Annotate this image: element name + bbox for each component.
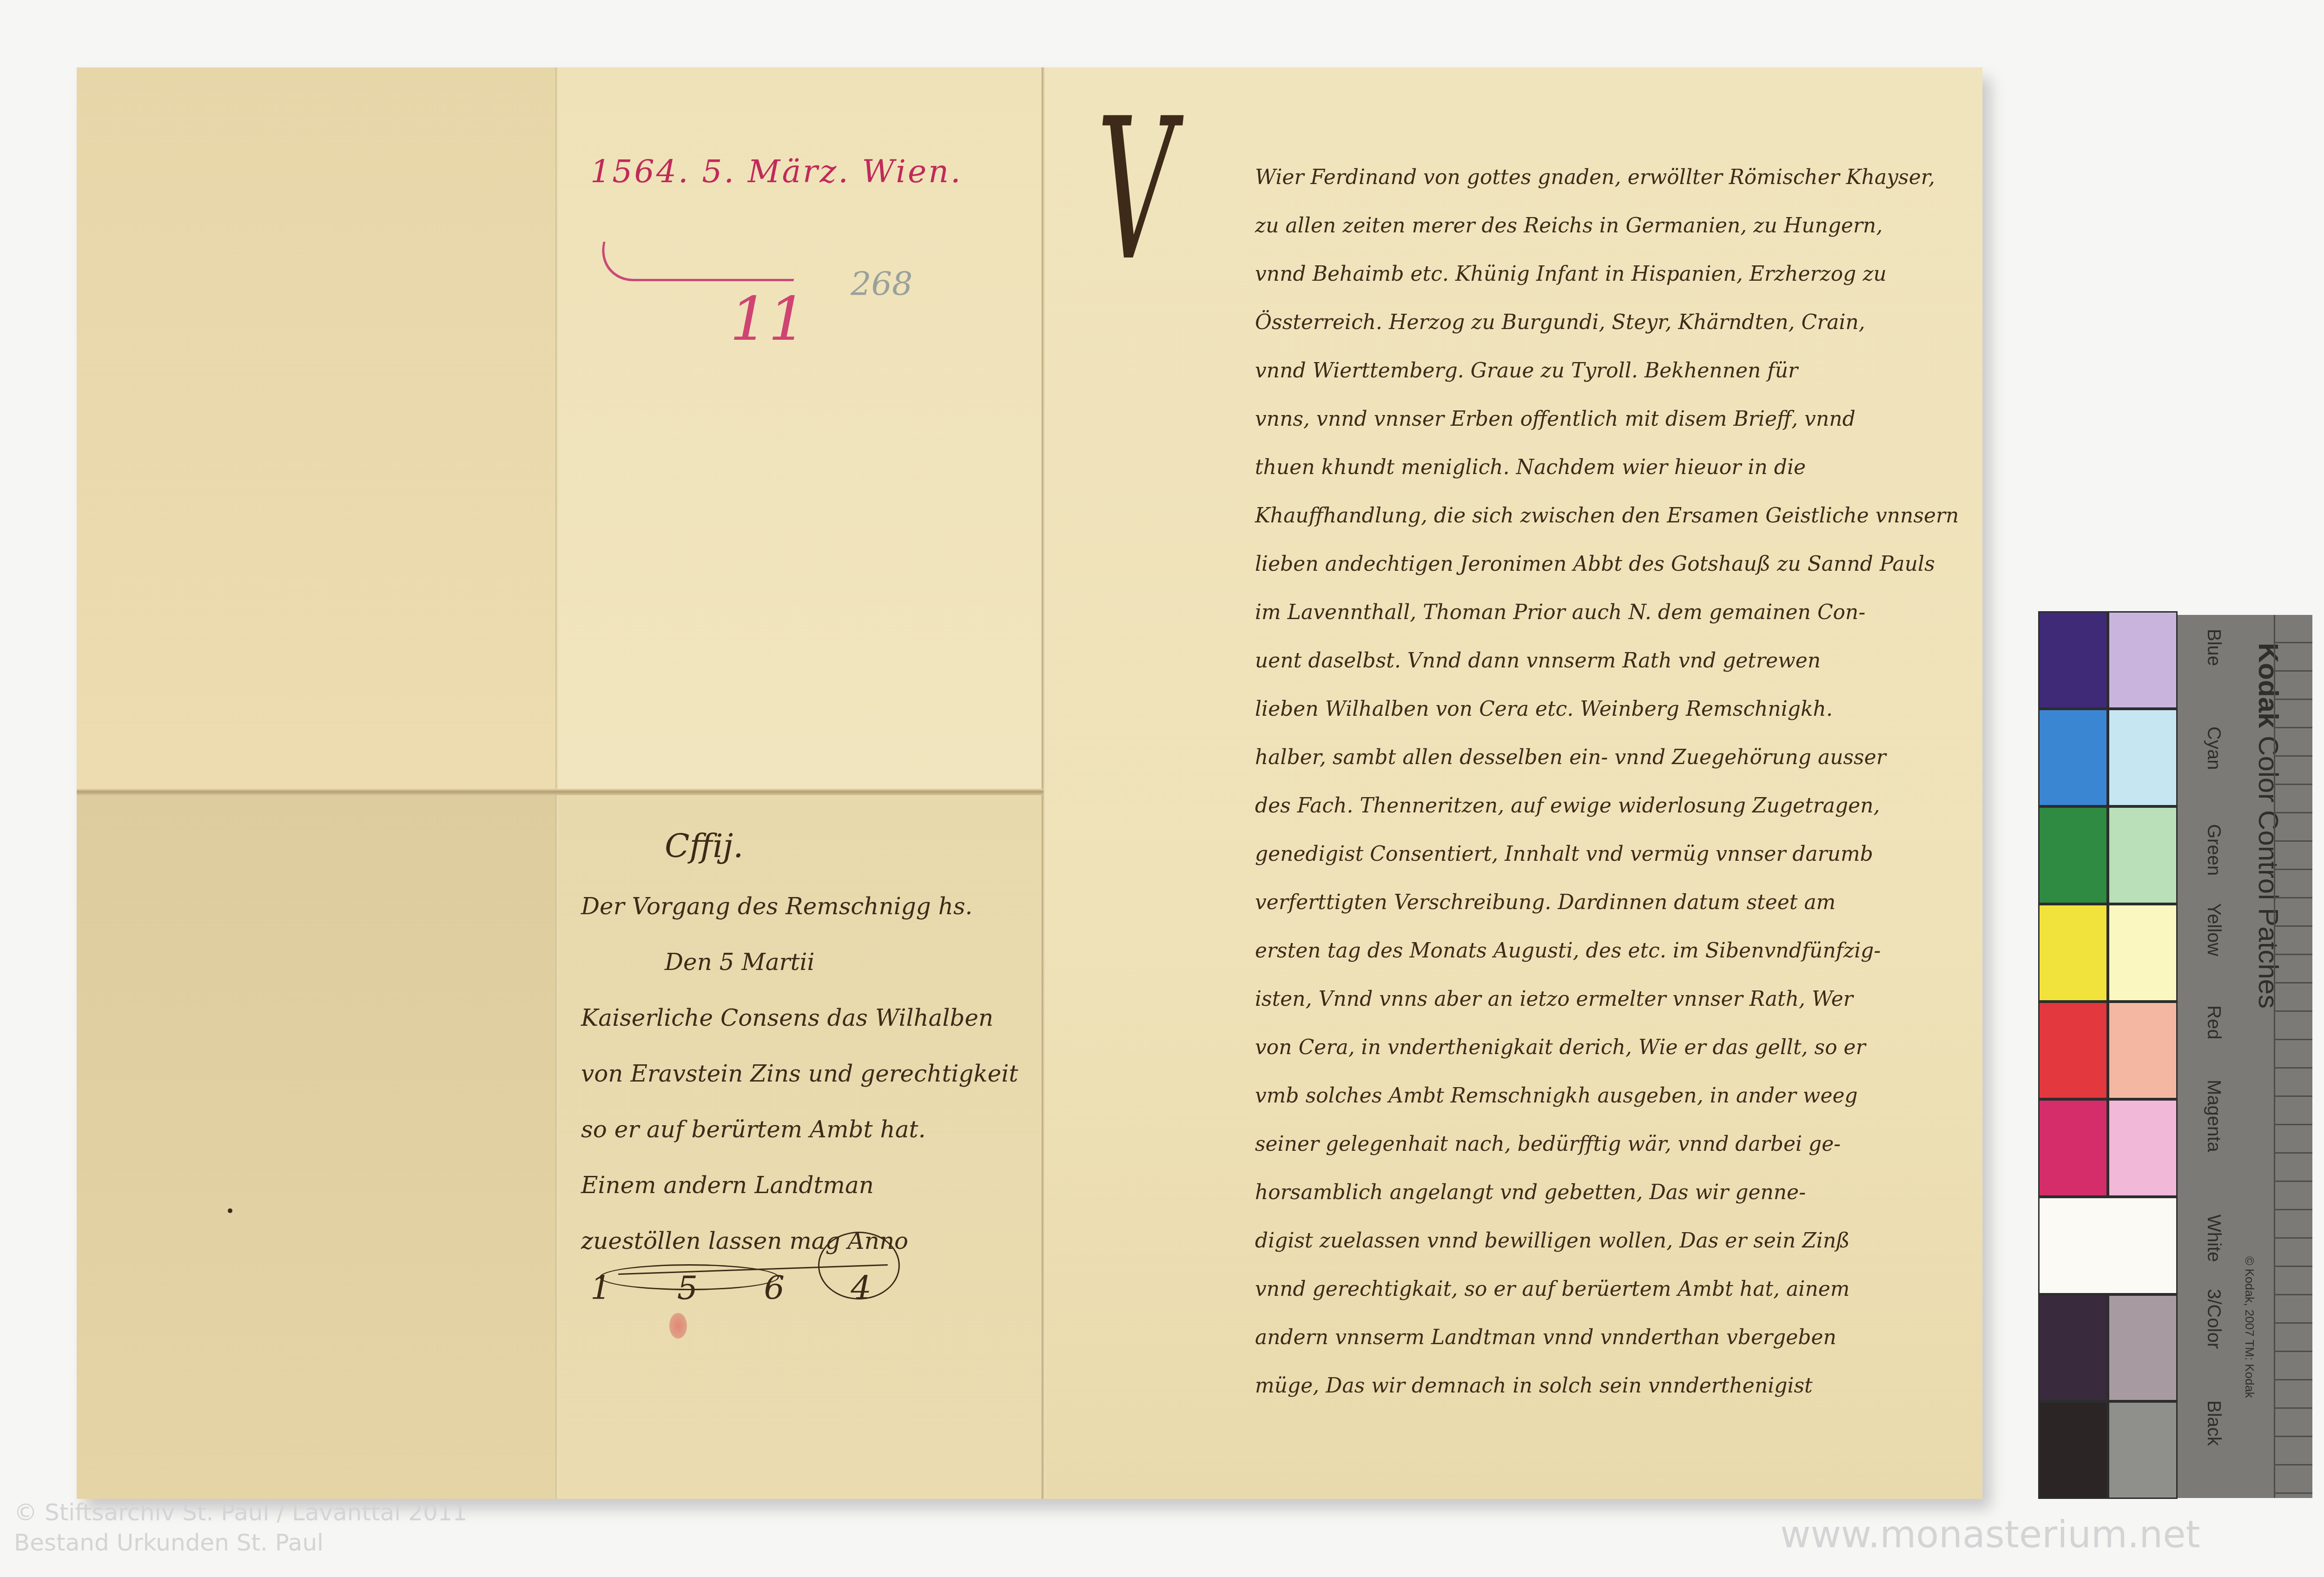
paper-panel-bottom-left [77,792,555,1499]
archival-number-note: 11 [730,284,806,354]
text-line: horsamblich angelangt vnd gebetten, Das … [1255,1168,1971,1217]
dorsal-line: Einem andern Landtman [581,1157,1023,1213]
kodak-copyright: © Kodak, 2007 TM: Kodak [2242,1256,2257,1398]
pencil-gray-number: 268 [851,265,913,303]
text-line: isten, Vnnd vnns aber an ietzo ermelter … [1255,975,1971,1023]
patch-label-black: Black [2203,1400,2224,1446]
text-line: lieben Wilhalben von Cera etc. Weinberg … [1255,685,1971,733]
text-line: verferttigten Verschreibung. Dardinnen d… [1255,878,1971,927]
red-wax-seal-trace [669,1313,687,1339]
text-line: vnns, vnnd vnnser Erben offentlich mit d… [1255,395,1971,443]
vertical-fold-line-2 [1042,67,1045,1499]
website-watermark: www.monasterium.net [1780,1513,2200,1556]
dorsal-line: so er auf berürtem Ambt hat. [581,1102,1023,1157]
charter-main-text: Wier Ferdinand von gottes gnaden, erwöll… [1255,153,1971,1410]
dorsal-line: Der Vorgang des Remschnigg hs. [581,878,1023,934]
decorative-initial: V [1097,93,1175,288]
text-line: vnnd gerechtigkait, so er auf berüertem … [1255,1265,1971,1313]
signature-left-loop [600,1264,779,1290]
date-note-underline [596,242,801,281]
patch-3color-light [2108,1294,2178,1401]
signature-right-loop [818,1232,900,1300]
patch-black-dark [2038,1401,2108,1499]
vertical-fold-line-1 [555,67,558,1499]
patch-label-yellow: Yellow [2203,903,2224,956]
horizontal-fold-line [77,789,1043,795]
text-line: uent daselbst. Vnnd dann vnnserm Rath vn… [1255,637,1971,685]
text-line: Össterreich. Herzog zu Burgundi, Steyr, … [1255,298,1971,347]
patch-cyan-light [2108,709,2178,806]
text-line: genedigist Consentiert, Innhalt vnd verm… [1255,830,1971,878]
text-line: von Cera, in vnderthenigkait derich, Wie… [1255,1023,1971,1072]
chart-label-strip: Kodak Color Control Patches Blue Cyan Gr… [2178,615,2312,1498]
text-line: zu allen zeiten merer des Reichs in Germ… [1255,202,1971,250]
dorsal-line: Kaiserliche Consens das Wilhalben [581,990,1023,1046]
patch-magenta-light [2108,1099,2178,1197]
color-patches [2038,611,2178,1499]
patch-blue-light [2108,611,2178,709]
text-line: vnnd Wierttemberg. Graue zu Tyroll. Bekh… [1255,347,1971,395]
patch-label-3color: 3/Color [2203,1289,2224,1349]
patch-label-cyan: Cyan [2203,726,2224,770]
patch-label-green: Green [2203,824,2224,876]
signature-flourish [600,1218,897,1301]
patch-label-white: White [2203,1214,2224,1262]
text-line: Khauffhandlung, die sich zwischen den Er… [1255,492,1971,540]
dorsal-line: Den 5 Martii [581,934,1023,990]
patch-yellow-light [2108,904,2178,1002]
patch-white [2038,1197,2178,1294]
dorsal-heading: Cffij. [581,813,1023,878]
patch-yellow-dark [2038,904,2108,1002]
text-line: andern vnnserm Landtman vnnd vnnderthan … [1255,1313,1971,1362]
patch-black-light [2108,1401,2178,1499]
text-line: digist zuelassen vnnd bewilligen wollen,… [1255,1217,1971,1265]
dorsal-line: von Eravstein Zins und gerechtigkeit [581,1046,1023,1102]
paper-panel-top-left [77,67,555,792]
text-line: vnnd Behaimb etc. Khünig Infant in Hispa… [1255,250,1971,298]
text-line: ersten tag des Monats Augusti, des etc. … [1255,927,1971,975]
text-line: im Lavennthall, Thoman Prior auch N. dem… [1255,588,1971,637]
text-line: thuen khundt meniglich. Nachdem wier hie… [1255,443,1971,492]
ink-spot [228,1208,232,1213]
patch-red-dark [2038,1002,2108,1099]
patch-green-dark [2038,806,2108,904]
patch-label-red: Red [2203,1005,2224,1039]
text-line: vmb solches Ambt Remschnigkh ausgeben, i… [1255,1072,1971,1120]
text-line: Wier Ferdinand von gottes gnaden, erwöll… [1255,153,1971,202]
text-line: des Fach. Thenneritzen, auf ewige widerl… [1255,782,1971,830]
patch-magenta-dark [2038,1099,2108,1197]
archival-date-note: 1564. 5. März. Wien. [590,153,963,190]
patch-label-magenta: Magenta [2203,1080,2224,1152]
patch-red-light [2108,1002,2178,1099]
patch-label-blue: Blue [2203,629,2224,666]
text-line: seiner gelegenhait nach, bedürfftig wär,… [1255,1120,1971,1168]
kodak-color-control-chart: Kodak Color Control Patches Blue Cyan Gr… [2038,611,2312,1499]
text-line: müge, Das wir demnach in solch sein vnnd… [1255,1362,1971,1410]
patch-3color-dark [2038,1294,2108,1401]
measurement-ruler [2274,615,2312,1498]
collection-watermark: Bestand Urkunden St. Paul [14,1529,324,1556]
text-line: halber, sambt allen desselben ein- vnnd … [1255,733,1971,782]
patch-blue-dark [2038,611,2108,709]
text-line: lieben andechtigen Jeronimen Abbt des Go… [1255,540,1971,588]
patch-cyan-dark [2038,709,2108,806]
archive-copyright-watermark: © Stiftsarchiv St. Paul / Lavanttal 2011 [14,1499,467,1526]
patch-green-light [2108,806,2178,904]
